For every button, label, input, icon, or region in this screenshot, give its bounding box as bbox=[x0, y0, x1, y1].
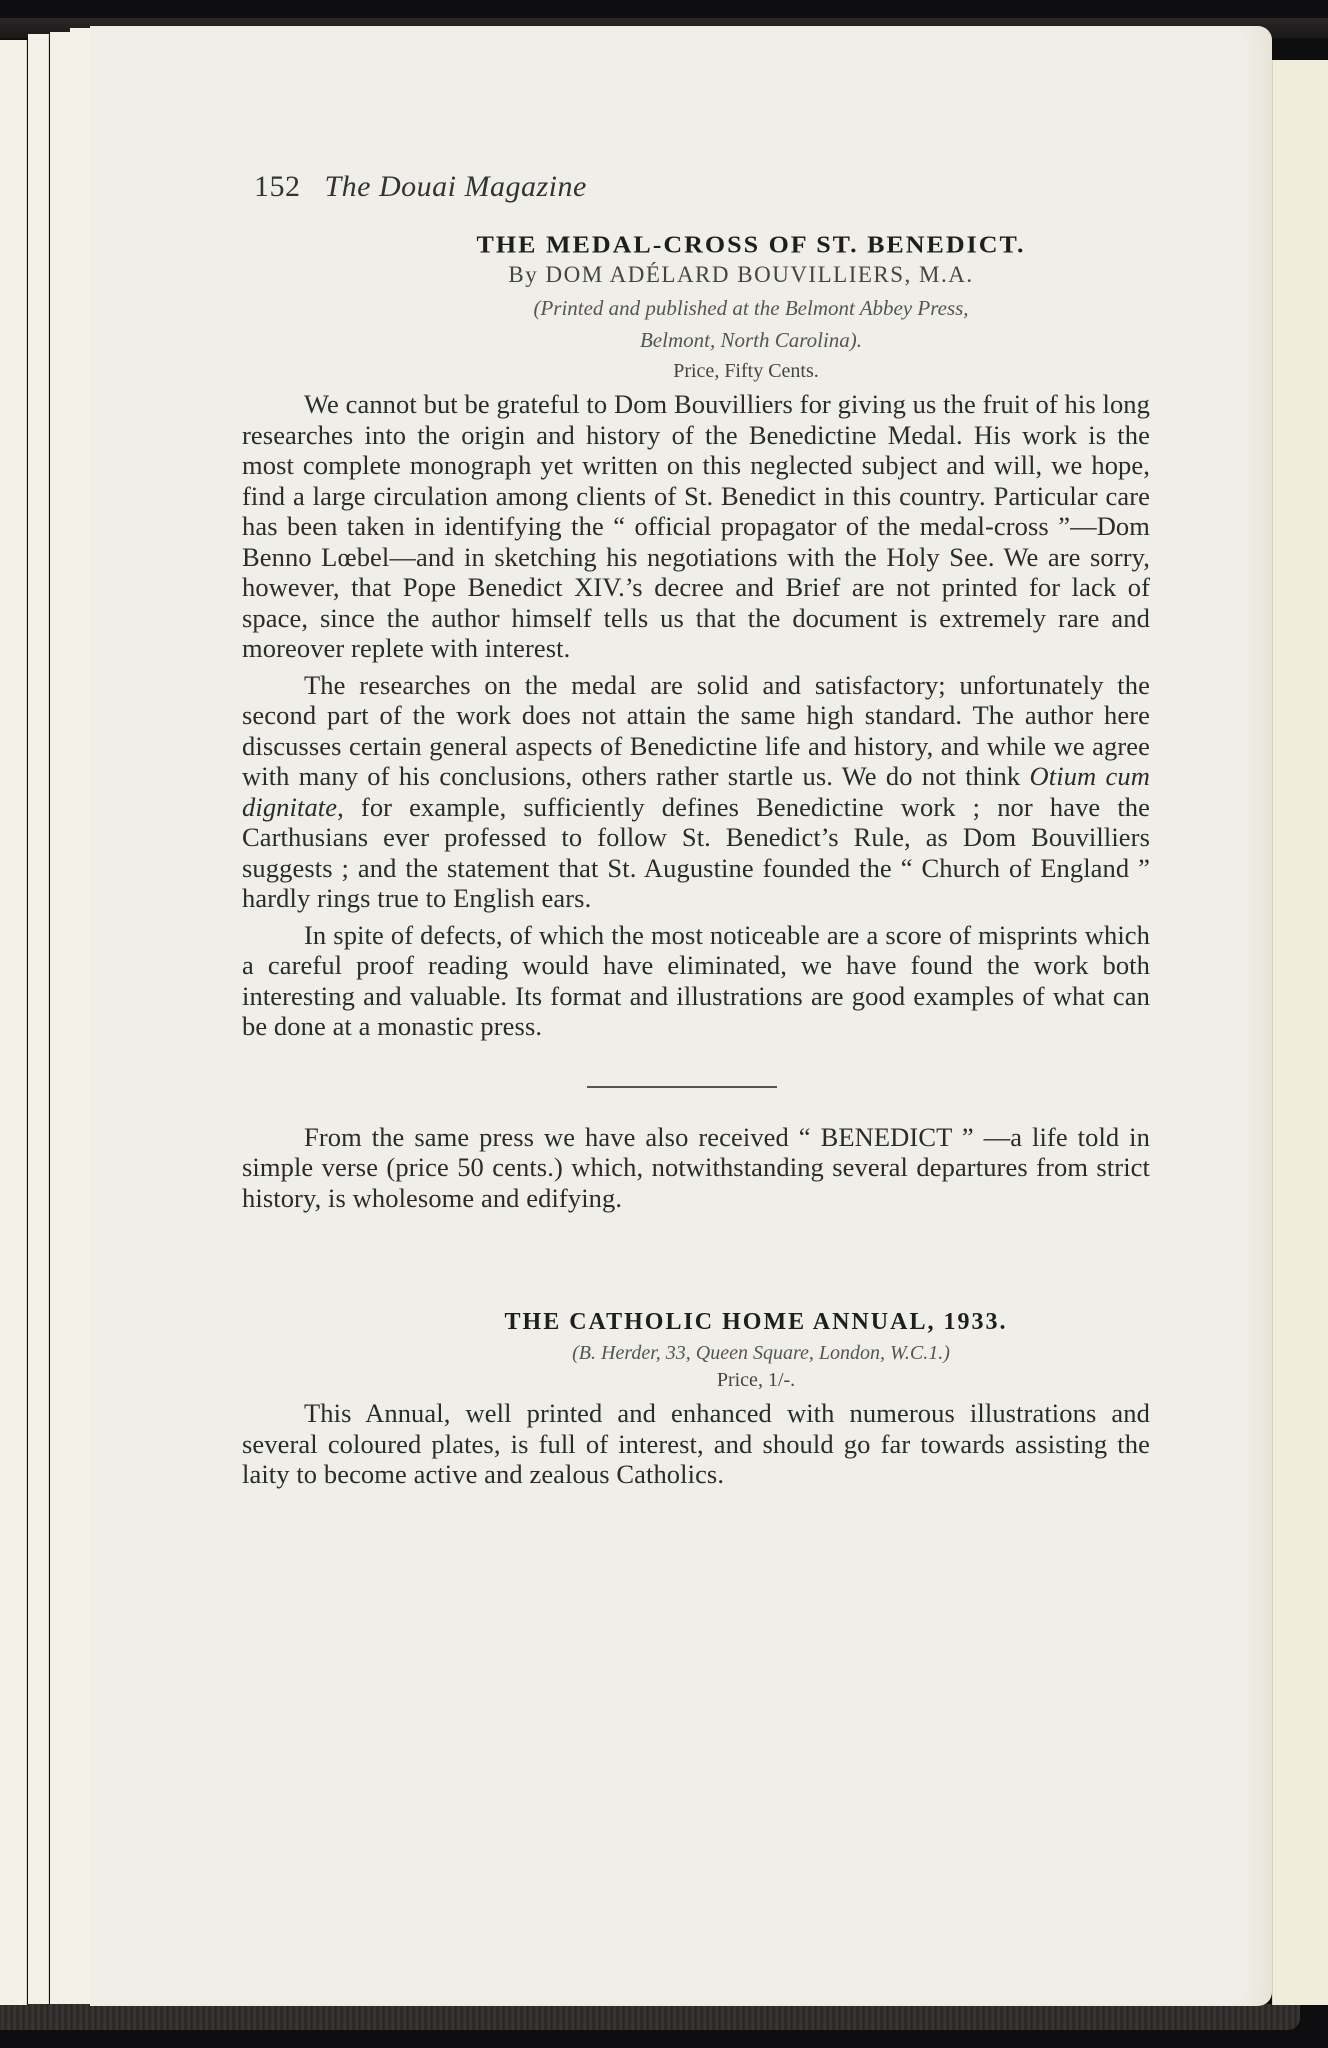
page-content: 152 The Douai Magazine THE MEDAL-CROSS O… bbox=[242, 170, 1150, 1490]
addendum-benedict: From the same press we have also receive… bbox=[242, 1122, 1150, 1214]
magazine-title: The Douai Magazine bbox=[325, 170, 587, 203]
review-price: Price, 1/-. bbox=[242, 1369, 1150, 1392]
review-catholic-home-annual: THE CATHOLIC HOME ANNUAL, 1933. (B. Herd… bbox=[242, 1309, 1150, 1490]
text-span: The researches on the medal are solid an… bbox=[242, 670, 1150, 792]
spacer bbox=[242, 1213, 1150, 1309]
review-title: THE CATHOLIC HOME ANNUAL, 1933. bbox=[242, 1309, 1150, 1336]
facing-page-edge bbox=[1272, 60, 1328, 2005]
book-binding-bottom bbox=[0, 2004, 1300, 2030]
page-number: 152 bbox=[254, 170, 301, 203]
section-divider bbox=[587, 1086, 777, 1088]
review-price: Price, Fifty Cents. bbox=[242, 360, 1150, 383]
page-edge bbox=[0, 40, 27, 2005]
review-paragraph: The researches on the medal are solid an… bbox=[242, 670, 1150, 914]
addendum-paragraph: From the same press we have also receive… bbox=[242, 1122, 1150, 1214]
text-span: , for example, sufficiently defines Bene… bbox=[242, 792, 1150, 914]
publisher-info: (Printed and published at the Belmont Ab… bbox=[242, 292, 1150, 356]
running-head: 152 The Douai Magazine bbox=[254, 170, 1150, 204]
page-edge bbox=[28, 34, 49, 2004]
review-paragraph: We cannot but be grateful to Dom Bouvill… bbox=[242, 389, 1150, 664]
review-title: THE MEDAL-CROSS OF ST. BENEDICT. bbox=[242, 231, 1150, 259]
publisher-line: (Printed and published at the Belmont Ab… bbox=[352, 292, 1150, 324]
review-paragraph: In spite of defects, of which the most n… bbox=[242, 920, 1150, 1042]
publisher-info: (B. Herder, 33, Queen Square, London, W.… bbox=[242, 1342, 1150, 1365]
review-medal-cross: THE MEDAL-CROSS OF ST. BENEDICT. By DOM … bbox=[242, 230, 1150, 1042]
publisher-line: Belmont, North Carolina). bbox=[352, 324, 1150, 356]
page-edge bbox=[50, 32, 71, 2004]
review-paragraph: This Annual, well printed and enhanced w… bbox=[242, 1398, 1150, 1490]
review-byline: By DOM ADÉLARD BOUVILLIERS, M.A. bbox=[242, 262, 1150, 288]
